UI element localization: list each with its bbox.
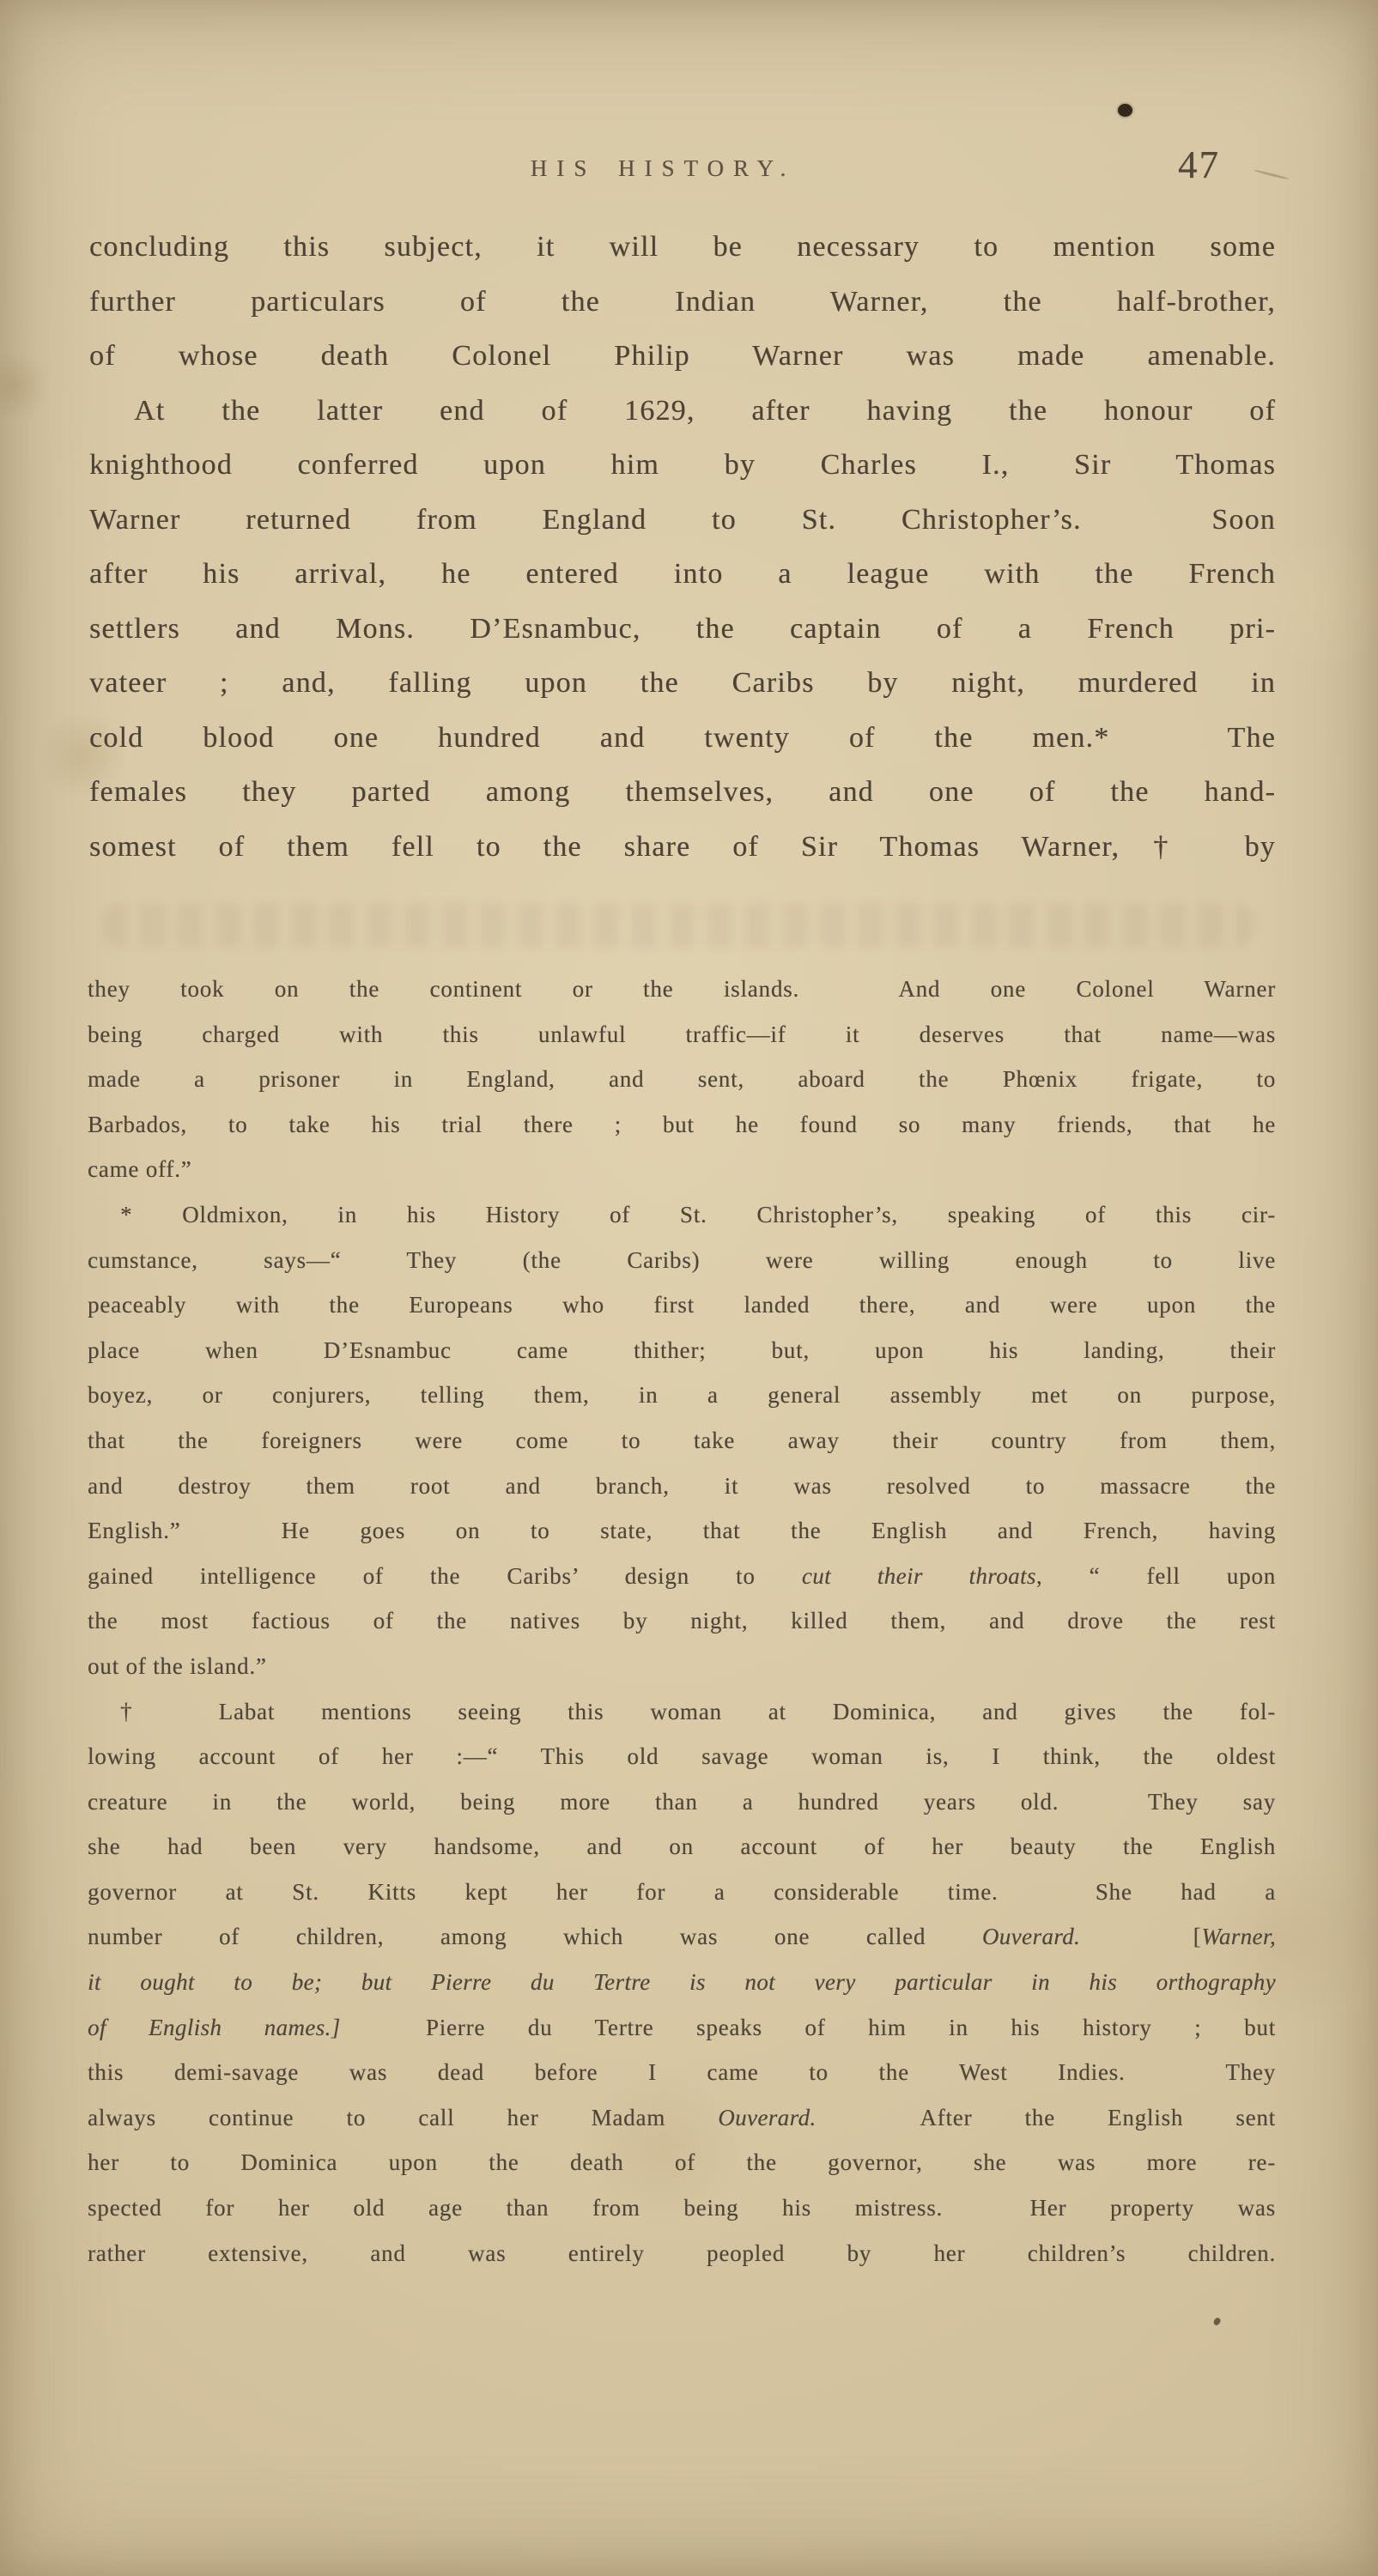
text-segment: that the foreigners were come to take aw…	[88, 1427, 1276, 1453]
text-segment: , “ fell upon	[1036, 1563, 1276, 1589]
text-line: number of children, among which was one …	[88, 1914, 1276, 1960]
italic-text-segment: Warner,	[1201, 1924, 1276, 1949]
main-text-block: concluding this subject, it will be nece…	[89, 220, 1276, 874]
text-line: place when D’Esnambuc came thither; but,…	[88, 1328, 1276, 1373]
text-segment: spected for her old age than from being …	[88, 2195, 1276, 2221]
text-segment: cumstance, says—“ They (the Caribs) were…	[88, 1247, 1276, 1273]
text-segment: Pierre du Tertre speaks of him in his hi…	[341, 2015, 1276, 2040]
text-segment: gained intelligence of the Caribs’ desig…	[88, 1563, 802, 1589]
italic-text-segment: cut their throats	[802, 1563, 1036, 1589]
text-segment: came off.”	[88, 1156, 191, 1182]
text-segment: lowing account of her :—“ This old savag…	[88, 1743, 1276, 1769]
text-segment: Barbados, to take his trial there ; but …	[88, 1112, 1276, 1137]
text-segment: females they parted among themselves, an…	[89, 776, 1276, 808]
text-line: of whose death Colonel Philip Warner was…	[89, 329, 1276, 384]
text-line: out of the island.”	[88, 1644, 1276, 1689]
running-head-title: HIS HISTORY.	[68, 155, 1258, 182]
text-segment: out of the island.”	[88, 1653, 267, 1679]
text-segment: [	[1080, 1924, 1201, 1949]
text-segment: always continue to call her Madam	[88, 2105, 718, 2131]
text-segment: vateer ; and, falling upon the Caribs by…	[89, 667, 1276, 699]
text-segment: knighthood conferred upon him by Charles…	[89, 449, 1276, 481]
text-line: † Labat mentions seeing this woman at Do…	[88, 1689, 1276, 1735]
text-line: * Oldmixon, in his History of St. Christ…	[88, 1192, 1276, 1238]
text-line: came off.”	[88, 1147, 1276, 1192]
text-segment: boyez, or conjurers, telling them, in a …	[88, 1382, 1276, 1408]
text-line: concluding this subject, it will be nece…	[89, 220, 1276, 275]
text-segment: they took on the continent or the island…	[88, 976, 1276, 1002]
text-line: females they parted among themselves, an…	[89, 765, 1276, 820]
text-segment: and destroy them root and branch, it was…	[88, 1473, 1276, 1499]
text-segment: after his arrival, he entered into a lea…	[89, 558, 1276, 590]
bleed-through-ghost-text	[103, 903, 1254, 948]
text-segment: governor at St. Kitts kept her for a con…	[88, 1879, 1276, 1905]
text-segment: rather extensive, and was entirely peopl…	[88, 2240, 1276, 2266]
ink-spot	[1118, 104, 1132, 117]
italic-text-segment: Ouverard.	[718, 2105, 816, 2131]
paper-speck	[1212, 2317, 1221, 2326]
text-line: spected for her old age than from being …	[88, 2185, 1276, 2231]
text-line: after his arrival, he entered into a lea…	[89, 547, 1276, 602]
text-segment: concluding this subject, it will be nece…	[89, 231, 1276, 263]
text-line: of English names.] Pierre du Tertre spea…	[88, 2005, 1276, 2051]
text-segment: * Oldmixon, in his History of St. Christ…	[120, 1202, 1276, 1227]
text-line: lowing account of her :—“ This old savag…	[88, 1734, 1276, 1779]
text-segment: creature in the world, being more than a…	[88, 1789, 1276, 1815]
text-segment: this demi-savage was dead before I came …	[88, 2059, 1276, 2085]
text-line: English.” He goes on to state, that the …	[88, 1508, 1276, 1554]
text-line: creature in the world, being more than a…	[88, 1779, 1276, 1825]
text-segment: made a prisoner in England, and sent, ab…	[88, 1066, 1276, 1092]
italic-text-segment: of English names.]	[88, 2015, 341, 2040]
text-segment: At the latter end of 1629, after having …	[134, 395, 1276, 427]
text-line: somest of them fell to the share of Sir …	[89, 820, 1276, 875]
text-line: knighthood conferred upon him by Charles…	[89, 438, 1276, 493]
text-segment: the most factious of the natives by nigh…	[88, 1608, 1276, 1633]
text-line: governor at St. Kitts kept her for a con…	[88, 1870, 1276, 1915]
text-line: it ought to be; but Pierre du Tertre is …	[88, 1960, 1276, 2005]
scanned-book-page: { "header": { "title": "HIS HISTORY.", "…	[0, 0, 1378, 2576]
text-segment: her to Dominica upon the death of the go…	[88, 2149, 1276, 2175]
text-segment: English.” He goes on to state, that the …	[88, 1518, 1276, 1543]
text-line: rather extensive, and was entirely peopl…	[88, 2231, 1276, 2276]
italic-text-segment: it ought to be; but Pierre du Tertre is …	[88, 1969, 1276, 1995]
text-line: her to Dominica upon the death of the go…	[88, 2140, 1276, 2185]
text-line: vateer ; and, falling upon the Caribs by…	[89, 656, 1276, 711]
text-segment: Warner returned from England to St. Chri…	[89, 504, 1276, 536]
text-segment: number of children, among which was one …	[88, 1924, 982, 1949]
pen-stroke-mark	[1254, 169, 1289, 180]
text-line: boyez, or conjurers, telling them, in a …	[88, 1373, 1276, 1418]
text-line: made a prisoner in England, and sent, ab…	[88, 1057, 1276, 1102]
text-line: that the foreigners were come to take aw…	[88, 1418, 1276, 1464]
text-line: settlers and Mons. D’Esnambuc, the capta…	[89, 602, 1276, 657]
text-line: peaceably with the Europeans who first l…	[88, 1282, 1276, 1328]
text-segment: † Labat mentions seeing this woman at Do…	[120, 1699, 1276, 1724]
text-segment: somest of them fell to the share of Sir …	[89, 831, 1276, 863]
page-number: 47	[1178, 142, 1247, 187]
text-line: always continue to call her Madam Ouvera…	[88, 2095, 1276, 2141]
italic-text-segment: Ouverard.	[982, 1924, 1080, 1949]
text-segment: cold blood one hundred and twenty of the…	[89, 722, 1276, 754]
text-line: they took on the continent or the island…	[88, 967, 1276, 1012]
text-line: the most factious of the natives by nigh…	[88, 1598, 1276, 1644]
text-line: cumstance, says—“ They (the Caribs) were…	[88, 1238, 1276, 1283]
text-segment: settlers and Mons. D’Esnambuc, the capta…	[89, 613, 1276, 645]
text-line: cold blood one hundred and twenty of the…	[89, 711, 1276, 766]
text-segment: After the English sent	[816, 2105, 1276, 2131]
text-segment: of whose death Colonel Philip Warner was…	[89, 340, 1276, 372]
text-segment: peaceably with the Europeans who first l…	[88, 1292, 1276, 1318]
footnote-block: they took on the continent or the island…	[88, 967, 1276, 2276]
text-segment: being charged with this unlawful traffic…	[88, 1021, 1276, 1047]
text-line: further particulars of the Indian Warner…	[89, 275, 1276, 330]
text-line: she had been very handsome, and on accou…	[88, 1824, 1276, 1870]
text-line: Barbados, to take his trial there ; but …	[88, 1102, 1276, 1148]
text-line: gained intelligence of the Caribs’ desig…	[88, 1554, 1276, 1599]
text-line: this demi-savage was dead before I came …	[88, 2050, 1276, 2095]
text-segment: place when D’Esnambuc came thither; but,…	[88, 1337, 1276, 1363]
text-line: and destroy them root and branch, it was…	[88, 1464, 1276, 1509]
text-segment: further particulars of the Indian Warner…	[89, 286, 1276, 318]
text-line: Warner returned from England to St. Chri…	[89, 493, 1276, 548]
text-line: being charged with this unlawful traffic…	[88, 1012, 1276, 1058]
text-segment: she had been very handsome, and on accou…	[88, 1834, 1276, 1859]
text-line: At the latter end of 1629, after having …	[89, 384, 1276, 439]
